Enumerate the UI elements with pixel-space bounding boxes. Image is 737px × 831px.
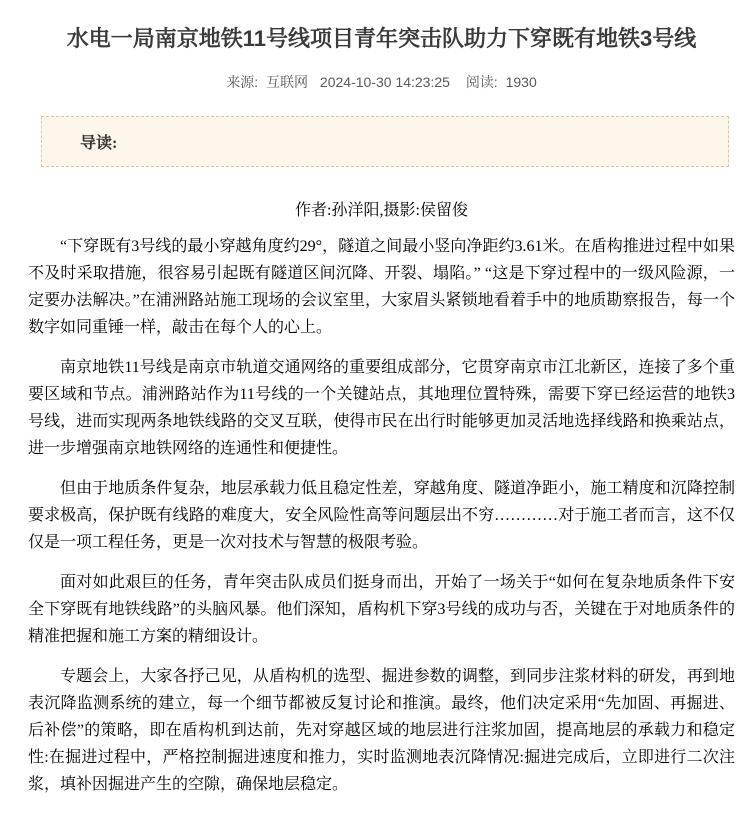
article-page: 水电一局南京地铁11号线项目青年突击队助力下穿既有地铁3号线 来源: 互联网 2… <box>0 0 737 831</box>
byline: 作者:孙洋阳,摄影:侯留俊 <box>28 197 735 220</box>
page-title: 水电一局南京地铁11号线项目青年突击队助力下穿既有地铁3号线 <box>57 22 707 56</box>
article-meta: 来源: 互联网 2024-10-30 14:23:25 阅读: 1930 <box>28 72 735 92</box>
publish-datetime: 2024-10-30 14:23:25 <box>320 74 450 90</box>
paragraph: 面对如此艰巨的任务，青年突击队成员们挺身而出，开始了一场关于“如何在复杂地质条件… <box>28 569 735 650</box>
paragraph: “下穿既有3号线的最小穿越角度约29°，隧道之间最小竖向净距约3.61米。在盾构… <box>28 233 735 341</box>
digest-box: 导读: <box>41 116 729 167</box>
article-body: “下穿既有3号线的最小穿越角度约29°，隧道之间最小竖向净距约3.61米。在盾构… <box>28 233 735 798</box>
paragraph: 南京地铁11号线是南京市轨道交通网络的重要组成部分，它贯穿南京市江北新区，连接了… <box>28 354 735 462</box>
views-count: 1930 <box>506 74 537 90</box>
digest-label: 导读: <box>80 135 117 152</box>
paragraph: 但由于地质条件复杂，地层承载力低且稳定性差，穿越角度、隧道净距小，施工精度和沉降… <box>28 475 735 556</box>
paragraph: 专题会上，大家各抒己见，从盾构机的选型、掘进参数的调整，到同步注浆材料的研发，再… <box>28 663 735 798</box>
source-label: 来源: <box>226 72 258 92</box>
views-label: 阅读: <box>466 72 498 92</box>
source-value: 互联网 <box>266 72 308 92</box>
